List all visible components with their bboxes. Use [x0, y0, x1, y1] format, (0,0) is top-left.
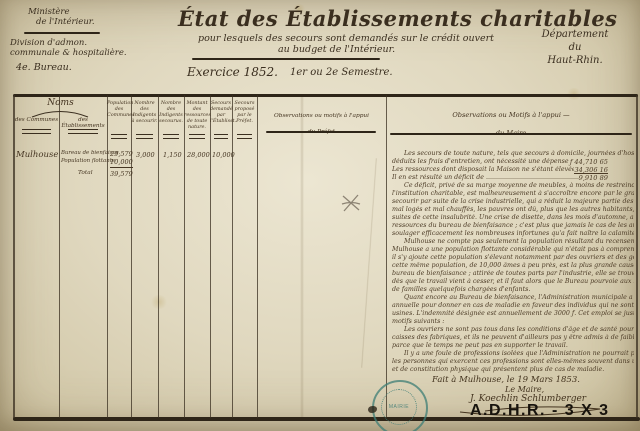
observation-line: et de constitution physique qui présente…	[392, 366, 634, 374]
document-subtitle-1: pour lesquels des secours sont demandés …	[198, 33, 494, 44]
observation-line: annuelle pour donner en cas de maladie e…	[392, 302, 634, 310]
row-population-2: 10,000	[110, 158, 133, 168]
observation-line: Les secours de toute nature, tels que se…	[392, 150, 634, 158]
header-noms-group: Noms	[14, 98, 107, 108]
observation-line: il s'y ajoute cette population s'élevant…	[392, 254, 634, 262]
header-population: Population des Communes	[107, 100, 131, 118]
observation-line: Il en est résulté un déficit de ........…	[392, 174, 634, 182]
observation-line: Il y a une foule de professions isolées …	[392, 350, 634, 358]
observation-line: Les ressources dont disposait la Maison …	[392, 166, 634, 174]
table-column-divider	[59, 95, 60, 418]
header-indigents-a-secourir: Nombre des Indigents à secourir.	[131, 100, 158, 124]
pencil-cross-mark	[340, 192, 362, 214]
row-etablissement-line2: Population flottante	[61, 158, 115, 164]
table-column-divider	[232, 95, 233, 418]
table-column-divider	[184, 95, 185, 418]
observation-line: les personnes qui exercent ces professio…	[392, 358, 634, 366]
row-population-total: 39,579	[110, 170, 133, 178]
ministry-underline	[24, 32, 100, 34]
observation-line: Les ouvriers ne sont pas tous dans les c…	[392, 326, 634, 334]
header-observations-prefet: Observations ou motifs à l'appui du Préf…	[257, 104, 386, 144]
row-indigents-a-secourir: 3,000	[136, 151, 155, 159]
header-communes: des Communes	[14, 117, 59, 123]
observation-line: cette même population, de 10,000 âmes à …	[392, 262, 634, 270]
paper-stain	[150, 295, 168, 309]
departement-block: Département du Haut-Rhin.	[532, 28, 618, 67]
header-rule	[189, 134, 205, 139]
observation-line: suites de cette insalubrité. Une crise d…	[392, 214, 634, 222]
observation-line: Mulhouse a une population flottante cons…	[392, 246, 634, 254]
observation-line: Quant encore au Bureau de bienfaisance, …	[392, 294, 634, 302]
observation-line: parce que le temps ne peut pas en suppor…	[392, 342, 634, 350]
header-indigents-secourus: Nombre des Indigents secourus.	[158, 100, 184, 124]
observation-line: Ce déficit, privé de sa marge moyenne de…	[392, 182, 634, 190]
table-column-divider	[131, 95, 132, 418]
observation-line: dès que le travail vient à cesser, et il…	[392, 278, 634, 286]
mairie-stamp: MAIRIE	[372, 380, 428, 431]
semestre-label: 1er ou 2e Semestre.	[290, 67, 393, 78]
observation-line: motifs suivants :	[392, 318, 634, 326]
header-etablissements: des Établissements	[59, 117, 107, 129]
mairie-stamp-text: MAIRIE	[381, 389, 417, 425]
header-rule	[390, 133, 632, 135]
header-ressources: Montant des ressources de toute nature.	[184, 100, 210, 130]
observation-line: de familles quelquefois chargées d'enfan…	[392, 286, 634, 294]
header-rule	[163, 134, 179, 139]
departement-line2: du	[532, 41, 618, 54]
header-observations-prefet-l1: Observations ou motifs à l'appui	[257, 112, 386, 120]
document-subtitle-2: au budget de l'Intérieur.	[278, 44, 395, 55]
row-indigents-secourus: 1,150	[163, 151, 182, 159]
title-flourish-rule	[192, 58, 380, 60]
observation-line: déduits les frais d'entretien, ont néces…	[392, 158, 634, 166]
observation-line: caisses des fabriques, et ils ne peuvent…	[392, 334, 634, 342]
bureau-label: 4e. Bureau.	[16, 62, 72, 73]
table-column-divider	[158, 95, 159, 418]
division-line1: Division d'admon.	[10, 38, 127, 48]
header-secours-demande: Secours demandé par l'Établisst.	[210, 100, 232, 124]
row-ressources: 28,000	[187, 151, 210, 159]
header-observations-maire: Observations ou Motifs à l'appui — du Ma…	[386, 102, 636, 147]
scanned-document: Ministère de l'Intérieur. Division d'adm…	[0, 0, 640, 431]
observation-line: ressources du bureau de bienfaisance ; c…	[392, 222, 634, 230]
observation-line: secourir par suite de la crise industrie…	[392, 198, 634, 206]
row-etablissement-total-label: Total	[78, 170, 93, 176]
observation-line: usines. L'indemnité désignée est annuell…	[392, 310, 634, 318]
ministry-block: Ministère de l'Intérieur.	[28, 7, 95, 27]
observation-line: Mulhouse ne compte pas seulement la popu…	[392, 238, 634, 246]
table-column-divider	[107, 95, 108, 418]
header-rule	[136, 134, 153, 139]
header-rule	[111, 134, 127, 139]
division-line2: communale & hospitalière.	[10, 48, 127, 58]
observation-line: l'institution charitable, est malheureus…	[392, 190, 634, 198]
exercice-label: Exercice 1852.	[187, 65, 278, 79]
departement-line3: Haut-Rhin.	[532, 54, 618, 67]
table-right-border	[636, 95, 638, 418]
date-line: Fait à Mulhouse, le 19 Mars 1853.	[432, 375, 580, 385]
header-rule	[214, 134, 228, 139]
departement-line1: Département	[532, 28, 618, 41]
observation-line: soulager efficacement les nombreuses inf…	[392, 230, 634, 238]
header-secours-propose: Secours proposé par le Préfet.	[232, 100, 257, 124]
header-rule	[68, 129, 98, 134]
header-rule	[22, 129, 51, 134]
fold-crease	[361, 158, 378, 368]
row-commune: Mulhouse	[16, 150, 58, 160]
row-population-1: 29,579	[110, 150, 133, 158]
division-block: Division d'admon. communale & hospitaliè…	[10, 38, 127, 58]
observation-line: bureau de bienfaisance ; attirée de tout…	[392, 270, 634, 278]
header-rule	[237, 134, 252, 139]
archive-reference: A.D.H.R. - 3 X 3	[470, 402, 610, 420]
header-rule	[266, 131, 376, 133]
table-left-border	[13, 95, 15, 418]
ministry-line2: de l'Intérieur.	[28, 17, 95, 27]
row-secours-demande: 10,000	[212, 151, 235, 159]
observation-line: mal logés et mal chauffés, les pauvres o…	[392, 206, 634, 214]
maire-observations-lines: Les secours de toute nature, tels que se…	[392, 150, 634, 374]
ministry-line1: Ministère	[28, 7, 95, 17]
header-observations-maire-l1: Observations ou Motifs à l'appui —	[386, 111, 636, 120]
le-maire-label: Le Maire,	[505, 385, 544, 394]
table-column-divider	[210, 95, 211, 418]
